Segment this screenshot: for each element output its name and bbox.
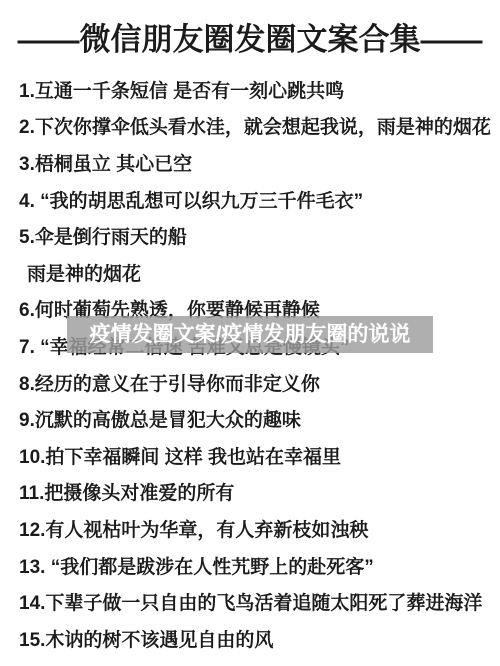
list-item: 15.木讷的树不该遇见自由的风 [0, 620, 500, 657]
list-item: 2.下次你撑伞低头看水洼，就会想起我说，雨是神的烟花 [0, 108, 500, 145]
list-item: 8.经历的意义在于引导你而非定义你 [0, 364, 500, 401]
list-item: 5.伞是倒行雨天的船 [0, 217, 500, 254]
list-item: 1.互通一千条短信 是否有一刻心跳共鸣 [0, 71, 500, 108]
list-item: 雨是神的烟花 [0, 254, 500, 291]
list-item: 9.沉默的高傲总是冒犯大众的趣味 [0, 400, 500, 437]
list-item: 14.下辈子做一只自由的飞鸟活着追随太阳死了葬进海洋 [0, 583, 500, 620]
list-item: 4. “我的胡思乱想可以织九万三千件毛衣” [0, 181, 500, 218]
list-item: 11.把摄像头对准爱的所有 [0, 474, 500, 511]
list-item: 3.梧桐虽立 其心已空 [0, 144, 500, 181]
list-item: 10.拍下幸福瞬间 这样 我也站在幸福里 [0, 437, 500, 474]
list-item: 13. “我们都是跋涉在人性艽野上的赴死客” [0, 547, 500, 584]
quote-list: 1.互通一千条短信 是否有一刻心跳共鸣2.下次你撑伞低头看水洼，就会想起我说，雨… [0, 71, 500, 657]
overlay-banner-label: 疫情发圈文案/疫情发朋友圈的说说 [90, 318, 411, 348]
overlay-banner: 疫情发圈文案/疫情发朋友圈的说说 [67, 316, 433, 353]
list-item: 12.有人视枯叶为华章，有人弃新枝如浊秧 [0, 510, 500, 547]
page-title: ——微信朋友圈发圈文案合集—— [0, 14, 500, 59]
